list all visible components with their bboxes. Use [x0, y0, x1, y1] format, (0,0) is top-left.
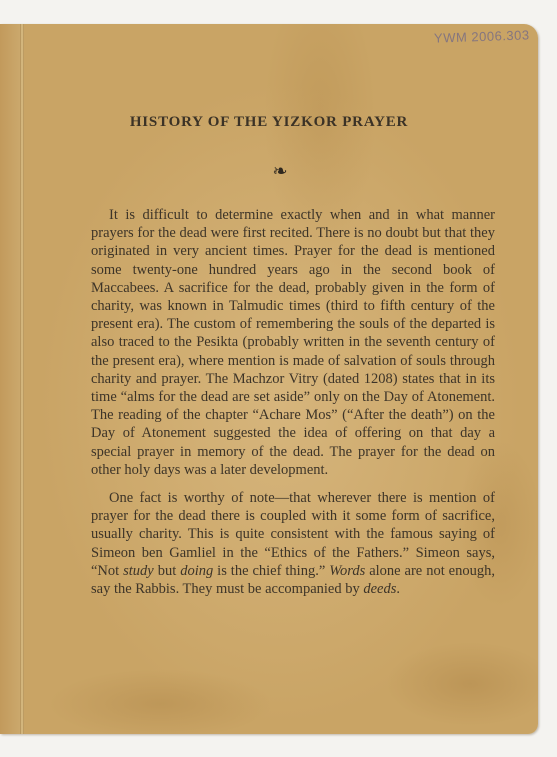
paragraph-2: One fact is worthy of note—that wherever… [91, 489, 495, 598]
paragraph-2-italic-study: study [123, 563, 154, 579]
paragraph-2-italic-deeds: deeds [363, 581, 396, 597]
page-title: HISTORY OF THE YIZKOR PRAYER [0, 114, 538, 131]
booklet-page: YWM 2006.303 HISTORY OF THE YIZKOR PRAYE… [0, 24, 538, 734]
accession-number: YWM 2006.303 [434, 27, 530, 45]
body-text: It is difficult to determine exactly whe… [91, 206, 495, 608]
paragraph-1: It is difficult to determine exactly whe… [91, 206, 495, 479]
printer-ornament-icon: ❧ [268, 162, 292, 182]
paragraph-2-italic-doing: doing [180, 563, 213, 579]
paragraph-2-segment: is the chief thing.” [213, 563, 329, 579]
paragraph-2-italic-words: Words [329, 563, 365, 579]
paragraph-2-segment: . [396, 581, 400, 597]
paragraph-2-segment: but [154, 563, 180, 579]
